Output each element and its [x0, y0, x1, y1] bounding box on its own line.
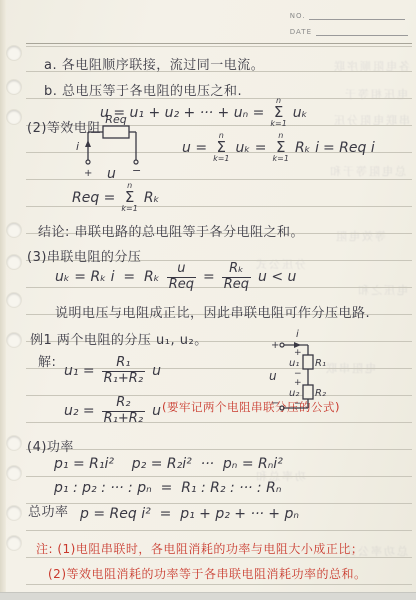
current-label: i [296, 329, 299, 340]
sigma-symbol: Σ [125, 190, 134, 205]
terminal [280, 343, 284, 347]
terminal [280, 406, 284, 410]
formula-part: u < u [258, 269, 296, 285]
solve-label: 解: [38, 351, 56, 370]
formula-part: p = Req i² = p₁ + p₂ + ··· + pₙ [80, 506, 299, 522]
bleed-through-text: 各电阻顺序联 [332, 58, 410, 74]
sigma-symbol: Σ [217, 140, 226, 155]
fraction-numerator: R₁ [114, 356, 132, 371]
sigma-notation: n Σ k=1 [270, 97, 286, 128]
sigma-symbol: Σ [274, 105, 283, 120]
fraction-denominator: R₁+R₂ [102, 371, 145, 387]
minus-sign: − [132, 164, 141, 177]
binder-hole [7, 466, 21, 480]
formula-u2: u₂ = R₂ R₁+R₂ u [64, 396, 161, 427]
formula-part: Req = [72, 190, 115, 206]
page-header: NO. DATE [290, 12, 408, 44]
binder-hole [7, 223, 21, 237]
terminal [86, 160, 90, 164]
fraction-numerator: R₂ [114, 396, 132, 411]
binder-hole [7, 80, 21, 94]
notebook-page: 各电阻顺序联 电压相等于 串联电阻分压 总电阻等于和 等效电阻 分压公式 电压之… [0, 0, 416, 600]
formula-part: u₁ = [64, 363, 95, 379]
resistor-label-r1: R₁ [315, 358, 326, 369]
formula-part: u₂ = [64, 403, 95, 419]
current-label: i [76, 140, 79, 153]
current-arrow [85, 140, 91, 147]
binder-hole [7, 333, 21, 347]
formula-power-each: p₁ = R₁i² p₂ = R₂i² ··· pₙ = Rₙi² [54, 456, 283, 472]
red-note-1: 注: (1)电阻串联时，各电阻消耗的功率与电阻大小成正比； [36, 540, 363, 557]
conclusion-line: 结论: 串联电路的总电阻等于各分电阻之和。 [38, 221, 304, 240]
source-voltage-label: u [269, 369, 277, 383]
fraction-numerator: u [175, 262, 187, 277]
note-line-a: a. 各电阻顺序联接，流过同一电流。 [44, 54, 264, 73]
formula-req-sum: Req = n Σ k=1 Rₖ [72, 182, 160, 213]
date-blank-line [316, 35, 408, 36]
formula-power-ratio: p₁ : p₂ : ··· : pₙ = R₁ : R₂ : ··· : Rₙ [54, 480, 281, 496]
formula-part: u [152, 403, 161, 419]
binder-hole [7, 506, 21, 520]
total-power-label: 总功率 [28, 501, 69, 520]
fraction-numerator: Rₖ [227, 262, 246, 277]
date-label: DATE [290, 28, 312, 36]
formula-part: uₖ [293, 105, 308, 121]
resistor-label-r2: R₂ [315, 388, 326, 399]
no-blank-line [309, 19, 405, 20]
sigma-notation: n Σ k=1 [273, 132, 289, 163]
bleed-through-text: 电阻串联 [324, 360, 376, 376]
binder-hole [7, 536, 21, 550]
binder-hole [7, 110, 21, 124]
sigma-lower: k=1 [270, 120, 286, 128]
formula-part: = Req i [323, 140, 375, 156]
resistor-box-r2 [303, 385, 313, 399]
equivalent-resistance-circuit: Req i + u − [70, 112, 150, 184]
sigma-lower: k=1 [121, 205, 137, 213]
sigma-notation: n Σ k=1 [213, 132, 229, 163]
red-note-2: (2)等效电阻消耗的功率等于各串联电阻消耗功率的总和。 [48, 565, 367, 582]
fraction: R₂ R₁+R₂ [102, 396, 145, 427]
formula-part: p₁ : p₂ : ··· : pₙ = R₁ : R₂ : ··· : Rₙ [54, 480, 281, 496]
formula-part: Rₖ i [295, 140, 319, 156]
sigma-notation: n Σ k=1 [121, 182, 137, 213]
formula-part: Rₖ [144, 190, 160, 206]
fraction: Rₖ Req [222, 262, 251, 293]
fraction-denominator: Req [167, 277, 196, 293]
section-4-title: (4)功率 [27, 436, 74, 455]
top-margin-rule [26, 43, 412, 47]
voltage-divider-circuit: + i R₁ + u₁ − R₂ + u₂ − − u [268, 328, 328, 420]
voltage-label: u [107, 166, 116, 182]
formula-part: u = [182, 140, 207, 156]
formula-total-power: p = Req i² = p₁ + p₂ + ··· + pₙ [80, 506, 299, 522]
page-bottom-edge [0, 592, 416, 600]
bleed-through-text: 串联电阻分压 [332, 112, 410, 128]
resistor-box-r1 [303, 355, 313, 369]
formula-u-equals-req-i: u = n Σ k=1 uₖ = n Σ k=1 Rₖ i = Req i [182, 132, 375, 163]
sigma-lower: k=1 [273, 155, 289, 163]
formula-part: = [203, 269, 215, 285]
bleed-through-text: 总电阻等于和 [328, 163, 406, 179]
torn-left-edge [0, 0, 6, 600]
resistor-box [103, 126, 129, 138]
formula-voltage-divider-general: uₖ = Rₖ i = Rₖ u Req = Rₖ Req u < u [55, 262, 296, 293]
binder-hole [7, 293, 21, 307]
resistor-label-req: Req [105, 113, 126, 126]
formula-part: uₖ = Rₖ i = Rₖ [55, 269, 160, 285]
bleed-through-text: 电压相等于 [343, 86, 408, 102]
formula-u1: u₁ = R₁ R₁+R₂ u [64, 356, 161, 387]
formula-part: u [152, 363, 161, 379]
fraction: R₁ R₁+R₂ [102, 356, 145, 387]
formula-part: p₁ = R₁i² p₂ = R₂i² ··· pₙ = Rₙi² [54, 456, 283, 472]
sigma-symbol: Σ [276, 140, 285, 155]
fraction: u Req [167, 262, 196, 293]
explanation-line: 说明电压与电阻成正比，因此串联电阻可作分压电路. [55, 302, 370, 321]
voltage-label-u1: u₁ [289, 358, 299, 369]
voltage-label-u2: u₂ [289, 388, 299, 399]
fraction-denominator: Req [222, 277, 251, 293]
binder-hole [7, 255, 21, 269]
fraction-denominator: R₁+R₂ [102, 411, 145, 427]
bleed-through-text: 等效电阻 [334, 228, 386, 244]
plus-sign: + [271, 340, 279, 351]
binder-hole [7, 46, 21, 60]
formula-part: uₖ = [236, 140, 267, 156]
minus-sign: − [271, 398, 279, 409]
bleed-through-text: 电压之和 [356, 282, 408, 298]
plus-sign: + [84, 168, 92, 179]
binder-hole [7, 436, 21, 450]
plus-sign: + [294, 348, 302, 358]
example-title: 例1 两个电阻的分压 u₁, u₂。 [30, 329, 208, 348]
sigma-lower: k=1 [213, 155, 229, 163]
no-label: NO. [290, 12, 306, 20]
plus-sign: + [294, 378, 302, 388]
